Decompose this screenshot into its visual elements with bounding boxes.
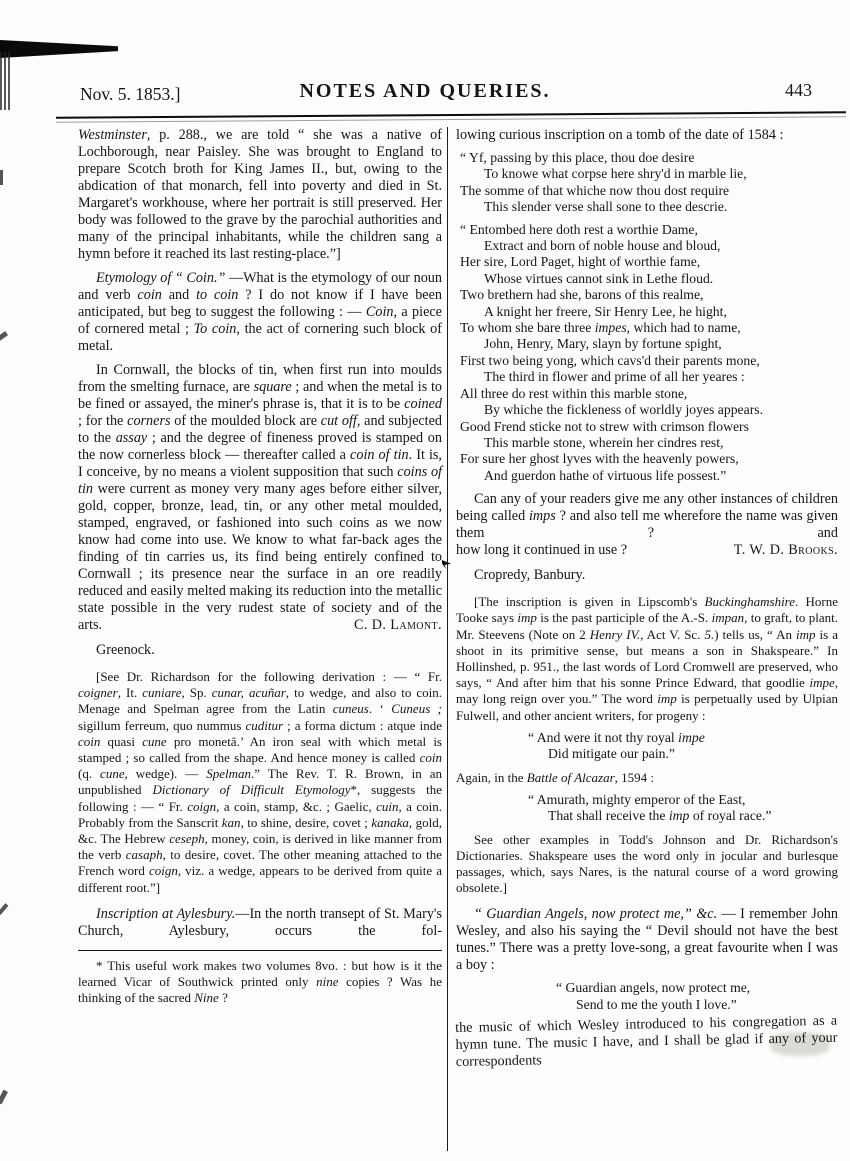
issue-date: Nov. 5. 1853.] (80, 84, 180, 105)
location-greenock: Greenock. (78, 642, 442, 659)
verse-line: For sure her ghost lyves with the heaven… (460, 451, 838, 467)
verse-line: Her sire, Lord Paget, hight of worthie f… (460, 254, 838, 270)
verse-line: “ Guardian angels, now protect me, (556, 980, 838, 996)
verse-line: To whom she bare three impes, which had … (460, 320, 838, 336)
paragraph-alcazar-intro: Again, in the Battle of Alcazar, 1594 : (456, 770, 838, 786)
verse-line: A knight her freere, Sir Henry Lee, he h… (460, 304, 838, 320)
signature-lamont: C. D. Lamont. (354, 617, 442, 634)
ink-striation-artifact (0, 52, 12, 110)
paragraph-wesley-music: the music of which Wesley introduced to … (455, 1013, 838, 1071)
verse-line: “ Yf, passing by this place, thou doe de… (460, 150, 838, 166)
verse-line: Extract and born of noble house and blou… (460, 238, 838, 254)
verse-line: By whiche the fickleness of worldly joye… (460, 402, 838, 418)
location-cropredy: Cropredy, Banbury. (456, 567, 838, 584)
footnote-vicar-southwick: * This useful work makes two volumes 8vo… (78, 958, 442, 1007)
verse-line: To knowe what corpse here shry'd in marb… (460, 166, 838, 182)
verse-line: And guerdon hathe of virtuous life posse… (460, 468, 838, 484)
edge-mark-artifact (0, 170, 3, 185)
paragraph-aylesbury-inscription: Inscription at Aylesbury.—In the north t… (78, 906, 442, 940)
verse-line: Did mitigate our pain.” (528, 746, 838, 762)
verse-line: The somme of that whiche now thou dost r… (460, 183, 838, 199)
scanned-page: Nov. 5. 1853.] NOTES AND QUERIES. 443 We… (0, 0, 850, 1161)
verse-line: This marble stone, wherein her cindres r… (460, 435, 838, 451)
ink-smudge-artifact (0, 40, 118, 58)
quote-alcazar-amurath: “ Amurath, mighty emperor of the East,Th… (528, 792, 838, 825)
editor-note-see-other: See other examples in Todd's Johnson and… (456, 832, 838, 897)
verse-line: Good Frend sticke not to strew with crim… (460, 419, 838, 435)
verse-line: “ Entombed here doth rest a worthie Dame… (460, 222, 838, 238)
footnote-rule (78, 950, 442, 951)
signature-row: how long it continued in use ? T. W. D. … (456, 542, 838, 559)
paragraph-tail: how long it continued in use ? (456, 542, 627, 559)
verse-epitaph-paget: “ Entombed here doth rest a worthie Dame… (460, 222, 838, 485)
verse-line: All three do rest within this marble sto… (460, 386, 838, 402)
paragraph-guardian-angels: “ Guardian Angels, now protect me,” &c. … (456, 906, 838, 974)
paragraph-cornwall-tin: In Cornwall, the blocks of tin, when fir… (78, 362, 442, 617)
editor-note-richardson: [See Dr. Richardson for the following de… (78, 669, 442, 896)
verse-line: That shall receive the imp of royal race… (528, 808, 838, 824)
edge-mark-artifact (0, 1090, 8, 1105)
quote-guardian-angels: “ Guardian angels, now protect me,Send t… (556, 980, 838, 1013)
left-column: Westminster, p. 288., we are told “ she … (78, 127, 442, 1006)
paragraph-westminster-note: Westminster, p. 288., we are told “ she … (78, 127, 442, 263)
verse-line: Send to me the youth I love.” (556, 997, 838, 1013)
verse-line: Two brethern had she, barons of this rea… (460, 287, 838, 303)
paragraph-etymology-query: Etymology of “ Coin.” —What is the etymo… (78, 270, 442, 355)
verse-line: This slender verse shall sone to thee de… (460, 199, 838, 215)
edge-mark-artifact (0, 331, 8, 341)
verse-line: Whose virtues cannot sink in Lethe floud… (460, 271, 838, 287)
verse-tomb-intro: “ Yf, passing by this place, thou doe de… (460, 150, 838, 216)
verse-line: John, Henry, Mary, slayn by fortune spig… (460, 336, 838, 352)
paragraph-continuation-1584: lowing curious inscription on a tomb of … (456, 127, 838, 144)
paragraph-imps-query: Can any of your readers give me any othe… (456, 491, 838, 542)
quote-fulwell-impe: “ And were it not thy royal impeDid miti… (528, 730, 838, 763)
publication-title: NOTES AND QUERIES. (299, 80, 550, 103)
edge-mark-artifact (0, 903, 8, 915)
paragraph-tail: arts. (78, 617, 102, 634)
editor-note-lipscomb: [The inscription is given in Lipscomb's … (456, 594, 838, 724)
column-divider (447, 127, 448, 1151)
verse-line: “ Amurath, mighty emperor of the East, (528, 792, 838, 808)
right-column: lowing curious inscription on a tomb of … (456, 127, 838, 1071)
verse-line: The third in flower and prime of all her… (460, 369, 838, 385)
verse-line: “ And were it not thy royal impe (528, 730, 838, 746)
signature-row: arts. C. D. Lamont. (78, 617, 442, 634)
signature-brooks: T. W. D. Brooks. (734, 542, 838, 559)
page-number: 443 (785, 80, 812, 101)
verse-line: First two being yong, which cavs'd their… (460, 353, 838, 369)
